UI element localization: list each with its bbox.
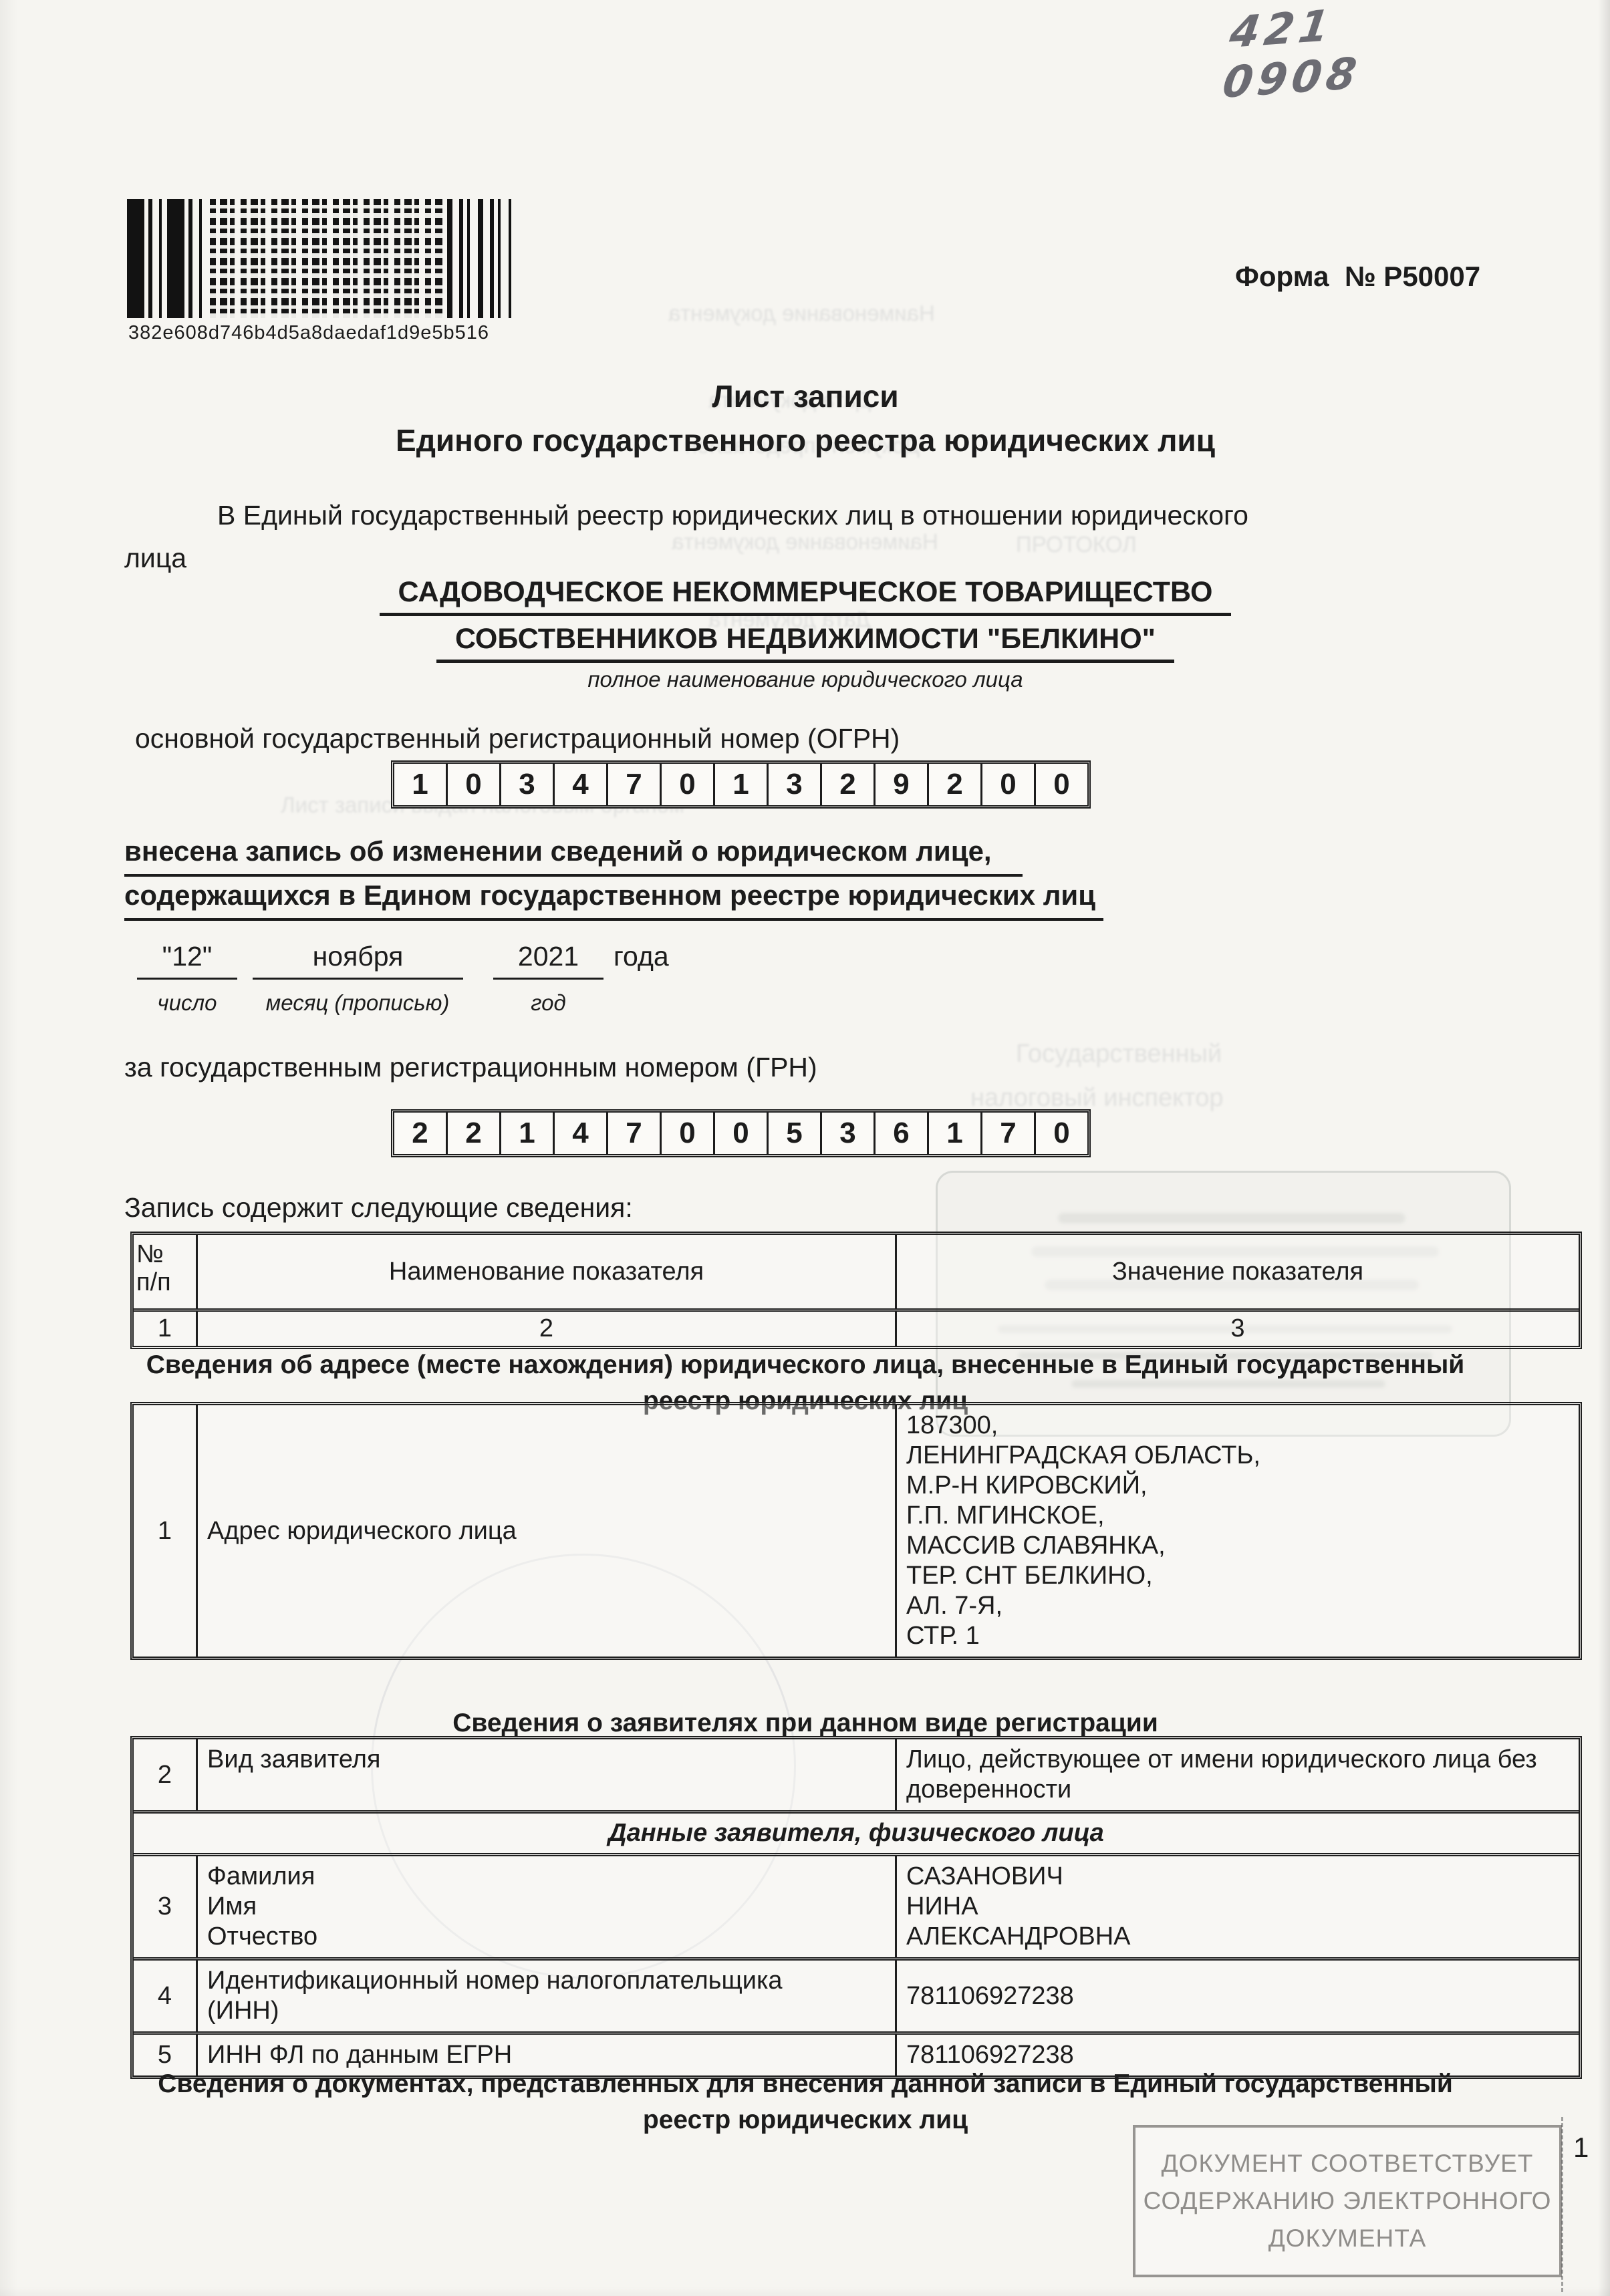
grn-digit: 6 xyxy=(876,1113,929,1154)
row-number: 2 xyxy=(134,1739,198,1810)
indicator-name: Адрес юридического лица xyxy=(198,1405,897,1657)
grn-label: за государственным регистрационным номер… xyxy=(124,1052,817,1083)
bleed-through-text: ПРОТОКОЛ xyxy=(1016,532,1137,557)
electronic-document-stamp: ДОКУМЕНТ СООТВЕТСТВУЕТ СОДЕРЖАНИЮ ЭЛЕКТР… xyxy=(1133,2125,1562,2277)
date-year-label: год xyxy=(493,990,603,1016)
indicator-name: Фамилия Имя Отчество xyxy=(198,1856,897,1957)
date-year-suffix: года xyxy=(614,941,669,972)
intro-text-line1: В Единый государственный реестр юридичес… xyxy=(217,500,1248,531)
company-name-line1: САДОВОДЧЕСКОЕ НЕКОММЕРЧЕСКОЕ ТОВАРИЩЕСТВ… xyxy=(94,576,1517,616)
indicator-value: САЗАНОВИЧ НИНА АЛЕКСАНДРОВНА xyxy=(897,1856,1579,1957)
bleed-through-text: налоговый инспектор xyxy=(970,1084,1224,1113)
indicator-value: Лицо, действующее от имени юридического … xyxy=(897,1739,1579,1810)
date-month-label: месяц (прописью) xyxy=(241,990,475,1016)
company-name-caption: полное наименование юридического лица xyxy=(94,667,1517,692)
ogrn-digit: 0 xyxy=(662,764,715,805)
ogrn-digit: 1 xyxy=(394,764,448,805)
ogrn-digit: 7 xyxy=(608,764,662,805)
barcode-image xyxy=(127,199,511,318)
handwritten-number: 421 0908 xyxy=(1220,0,1447,108)
row-number: 3 xyxy=(134,1856,198,1957)
grn-digit-boxes: 2 2 1 4 7 0 0 5 3 6 1 7 0 xyxy=(391,1109,1091,1157)
barcode-bars-right xyxy=(447,199,511,318)
document-title-line1: Лист записи xyxy=(94,378,1517,414)
ogrn-digit: 3 xyxy=(501,764,555,805)
date-day-value: "12" xyxy=(137,941,237,980)
ogrn-digit: 0 xyxy=(448,764,501,805)
record-statement-line1: внесена запись об изменении сведений о ю… xyxy=(124,835,1023,877)
grn-digit: 0 xyxy=(662,1113,715,1154)
column-index-row: 1 2 3 xyxy=(134,1308,1579,1346)
grn-digit: 4 xyxy=(555,1113,608,1154)
indicator-name: Вид заявителя xyxy=(198,1739,897,1810)
ogrn-digit: 1 xyxy=(715,764,769,805)
grn-digit: 1 xyxy=(501,1113,555,1154)
ogrn-digit: 0 xyxy=(982,764,1036,805)
document-title-line2: Единого государственного реестра юридиче… xyxy=(94,422,1517,458)
bleed-through-text: Наименование документа xyxy=(668,301,935,326)
column-header-name: Наименование показателя xyxy=(198,1235,897,1308)
grn-digit: 0 xyxy=(715,1113,769,1154)
record-statement-line2: содержащихся в Едином государственном ре… xyxy=(124,879,1103,921)
column-header-value: Значение показателя xyxy=(897,1235,1579,1308)
barcode-caption: 382e608d746b4d5a8daedaf1d9e5b516 xyxy=(128,322,489,344)
grn-digit: 7 xyxy=(982,1113,1036,1154)
indicator-value: 187300, ЛЕНИНГРАДСКАЯ ОБЛАСТЬ, М.Р-Н КИР… xyxy=(897,1405,1579,1657)
company-name-line2: СОБСТВЕННИКОВ НЕДВИЖИМОСТИ "БЕЛКИНО" xyxy=(94,623,1517,663)
table-row: 3 Фамилия Имя Отчество САЗАНОВИЧ НИНА АЛ… xyxy=(134,1853,1579,1957)
indicators-header-table: № п/п Наименование показателя Значение п… xyxy=(130,1232,1582,1349)
grn-digit: 0 xyxy=(1036,1113,1087,1154)
row-number: 4 xyxy=(134,1961,198,2031)
ogrn-digit: 0 xyxy=(1036,764,1087,805)
company-name-underlined: САДОВОДЧЕСКОЕ НЕКОММЕРЧЕСКОЕ ТОВАРИЩЕСТВ… xyxy=(380,576,1232,616)
page-number: 1 xyxy=(1573,2132,1589,2164)
date-month-value: ноября xyxy=(253,941,463,980)
ogrn-digit: 9 xyxy=(876,764,929,805)
grn-digit: 5 xyxy=(769,1113,822,1154)
table-row: 2 Вид заявителя Лицо, действующее от име… xyxy=(134,1739,1579,1810)
barcode-matrix xyxy=(210,199,443,318)
date-year-value: 2021 xyxy=(493,941,603,980)
ogrn-digit: 3 xyxy=(769,764,822,805)
date-day-label: число xyxy=(137,990,237,1016)
grn-digit: 2 xyxy=(448,1113,501,1154)
company-name-underlined: СОБСТВЕННИКОВ НЕДВИЖИМОСТИ "БЕЛКИНО" xyxy=(436,623,1174,663)
form-number-label: Форма № Р50007 xyxy=(1235,261,1480,293)
grn-digit: 1 xyxy=(929,1113,982,1154)
indicator-value: 781106927238 xyxy=(897,1961,1579,2031)
record-contains-label: Запись содержит следующие сведения: xyxy=(124,1192,633,1224)
grn-digit: 7 xyxy=(608,1113,662,1154)
ogrn-digit-boxes: 1 0 3 4 7 0 1 3 2 9 2 0 0 xyxy=(391,760,1091,809)
barcode-bars-left xyxy=(127,199,206,318)
table-row: 4 Идентификационный номер налогоплательщ… xyxy=(134,1957,1579,2031)
bleed-through-text: Государственный xyxy=(1016,1040,1222,1068)
ogrn-digit: 2 xyxy=(822,764,876,805)
indicator-name: Идентификационный номер налогоплательщик… xyxy=(198,1961,897,2031)
grn-digit: 2 xyxy=(394,1113,448,1154)
ogrn-label: основной государственный регистрационный… xyxy=(135,723,900,754)
column-header-num: № п/п xyxy=(134,1235,198,1308)
scanned-document-page: Наименование документа Дата документа До… xyxy=(0,0,1610,2296)
applicants-table: 2 Вид заявителя Лицо, действующее от име… xyxy=(130,1736,1582,2079)
grn-digit: 3 xyxy=(822,1113,876,1154)
row-number: 1 xyxy=(134,1405,198,1657)
bleed-through-text: Наименование документа xyxy=(672,529,938,555)
address-table: 1 Адрес юридического лица 187300, ЛЕНИНГ… xyxy=(130,1402,1582,1660)
ogrn-digit: 4 xyxy=(555,764,608,805)
intro-text-line2: лица xyxy=(124,543,186,574)
applicant-data-subheading: Данные заявителя, физического лица xyxy=(134,1810,1579,1853)
table-row: 1 Адрес юридического лица 187300, ЛЕНИНГ… xyxy=(134,1405,1579,1657)
stamp-edge-dashed-line xyxy=(1561,2117,1563,2292)
ogrn-digit: 2 xyxy=(929,764,982,805)
